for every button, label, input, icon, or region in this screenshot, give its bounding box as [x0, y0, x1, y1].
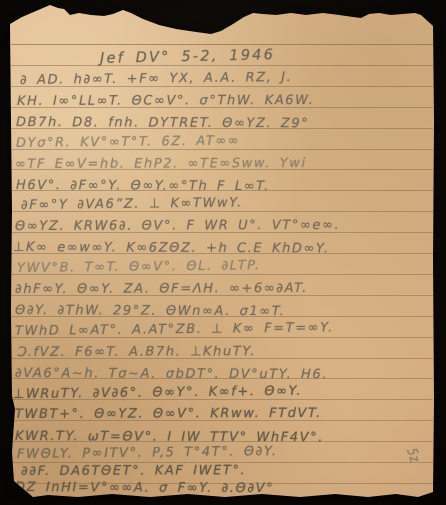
date-heading: Jef DV° 5-2, 1946	[100, 47, 275, 67]
handwriting-line: ∂∂F. DA6TΘET°. KAF IWET°.	[21, 463, 246, 479]
handwriting-line: Θ∞YZ. KRW6∂. ΘV°. F WR U°. VT°∞e∞.	[15, 218, 340, 234]
handwriting-line: Θ∂Y. ∂ThW. 29°Z. ΘWn∞A. σ1∞T.	[15, 303, 286, 319]
handwriting-line: FWΘLY. P∞ITV°. P,5 T°4T°. Θ∂Y.	[17, 444, 278, 462]
handwriting-line: DZ InHI=V°∞∞A. σ F∞Y. ∂.Θ∂V°	[15, 480, 274, 496]
handwriting-line: DYσ°R. KV°∞T°T. 6Z. AT∞∞	[16, 133, 240, 151]
handwriting-line: ∂VA6°A~h. Tσ~A. σbDT°. DV°uTY. H6.	[15, 366, 328, 382]
note-paper: Jef DV° 5-2, 1946 ∂ AD. h∂∞T. +F∞ YX, A.…	[0, 0, 446, 505]
handwriting-line: YWV°B. T∞T. Θ∞V°. ΘL. ∂LTP.	[17, 258, 261, 276]
handwriting-line: DB7h. D8. fnh. DYTRET. Θ∞YZ. Z9°	[16, 115, 309, 131]
handwriting-line: TWBT+°. Θ∞YZ. Θ∞V°. KRww. FTdVT.	[15, 406, 322, 422]
handwriting-line: ∂F∞°Y ∂VA6”Z. ⊥ K∞TWwY.	[21, 196, 243, 214]
paper-shadow: Jef DV° 5-2, 1946 ∂ AD. h∂∞T. +F∞ YX, A.…	[0, 0, 446, 505]
handwriting-line: ⊥WRuTY. ∂V∂6°. Θ∞Y°. K∞f+. Θ∞Y.	[13, 383, 302, 401]
photo-background: Jef DV° 5-2, 1946 ∂ AD. h∂∞T. +F∞ YX, A.…	[0, 0, 446, 505]
handwriting-line: H6V°. ∂F∞°Y. Θ∞Y.∞°Th F L∞T.	[16, 178, 270, 194]
handwriting-line: Ɔ.fVZ. F6∞T. A.B7h. ⊥KhuTY.	[17, 344, 256, 360]
handwriting-line: ∂hF∞Y. Θ∞Y. ZA. ΘF=ΛH. ∞+6∞∂AT.	[15, 281, 308, 297]
handwriting-line: ∂ AD. h∂∞T. +F∞ YX, A.A. RZ, J.	[20, 70, 293, 88]
ruled-line	[11, 65, 433, 66]
ruled-line	[11, 44, 433, 45]
handwriting-line: ∞TF E∞V=hb. EhP2. ∞TE∞Sww. Ywi	[15, 156, 307, 172]
handwriting-line: ⊥K∞ e∞w∞Y. K∞6ZΘZ. +h C.E KhD∞Y.	[13, 240, 330, 256]
handwriting-line: KWR.TY. ωT=ΘV°. I IW TTV° WhF4V°.	[15, 429, 324, 445]
handwriting-line: KH. I∞°LL∞T. ΘC∞V°. σ°ThW. KA6W.	[17, 93, 314, 109]
